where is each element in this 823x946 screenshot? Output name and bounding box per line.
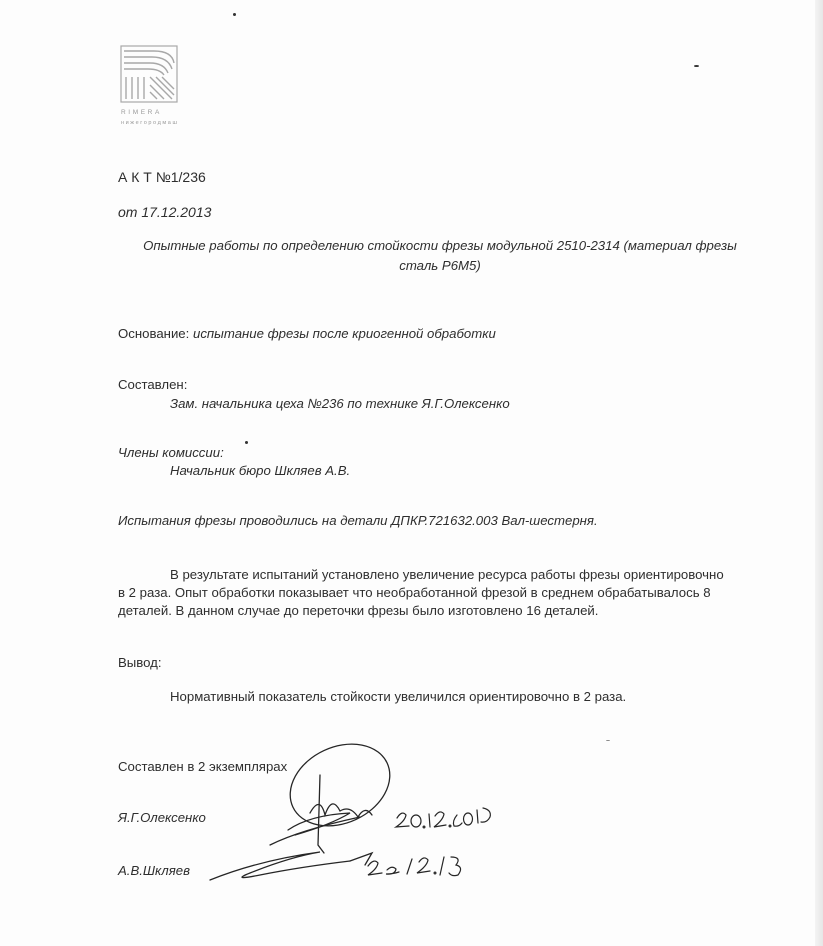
composed-label: Составлен: (118, 377, 187, 392)
scan-speck (233, 13, 236, 16)
signature-shklyaev-icon (210, 852, 372, 880)
scan-speck (606, 740, 610, 741)
signature-olexenko-icon (270, 735, 403, 853)
scan-speck (245, 441, 248, 444)
composed-value: Зам. начальника цеха №236 по технике Я.Г… (170, 396, 510, 411)
rimera-logo-icon (120, 45, 178, 103)
results-line-1: В результате испытаний установлено увели… (118, 566, 768, 584)
act-number: А К Т №1/236 (118, 169, 206, 185)
title-line-1: Опытные работы по определению стойкости … (120, 236, 760, 256)
commission-value: Начальник бюро Шкляев А.В. (170, 463, 350, 478)
scan-edge-shadow (815, 0, 823, 946)
conclusion-value: Нормативный показатель стойкости увеличи… (170, 689, 626, 704)
act-date: от 17.12.2013 (118, 204, 211, 220)
scanned-document-page: RIMERA нижегородмаш А К Т №1/236 от 17.1… (0, 0, 823, 946)
scan-speck (694, 65, 699, 67)
signatory-name-1: Я.Г.Олексенко (118, 810, 206, 825)
logo-subtitle: нижегородмаш (121, 120, 178, 126)
signatory-name-2: А.В.Шкляев (118, 863, 190, 878)
basis-label: Основание: (118, 326, 189, 341)
results-line-2: в 2 раза. Опыт обработки показывает что … (118, 584, 768, 602)
handwritten-date-2-icon (368, 857, 461, 876)
title-line-2: сталь Р6М5) (120, 256, 760, 276)
basis-row: Основание: испытание фрезы после криоген… (118, 326, 496, 341)
conclusion-label: Вывод: (118, 655, 162, 670)
commission-label: Члены комиссии: (118, 445, 224, 460)
handwritten-date-1-icon (396, 808, 490, 828)
basis-value: испытание фрезы после криогенной обработ… (193, 326, 496, 341)
test-detail: Испытания фрезы проводились на детали ДП… (118, 513, 598, 528)
document-title: Опытные работы по определению стойкости … (120, 236, 760, 276)
logo-name: RIMERA (121, 109, 162, 116)
handwritten-signatures (200, 735, 520, 895)
results-line-3: деталей. В данном случае до переточки фр… (118, 602, 768, 620)
results-paragraph: В результате испытаний установлено увели… (118, 566, 768, 620)
